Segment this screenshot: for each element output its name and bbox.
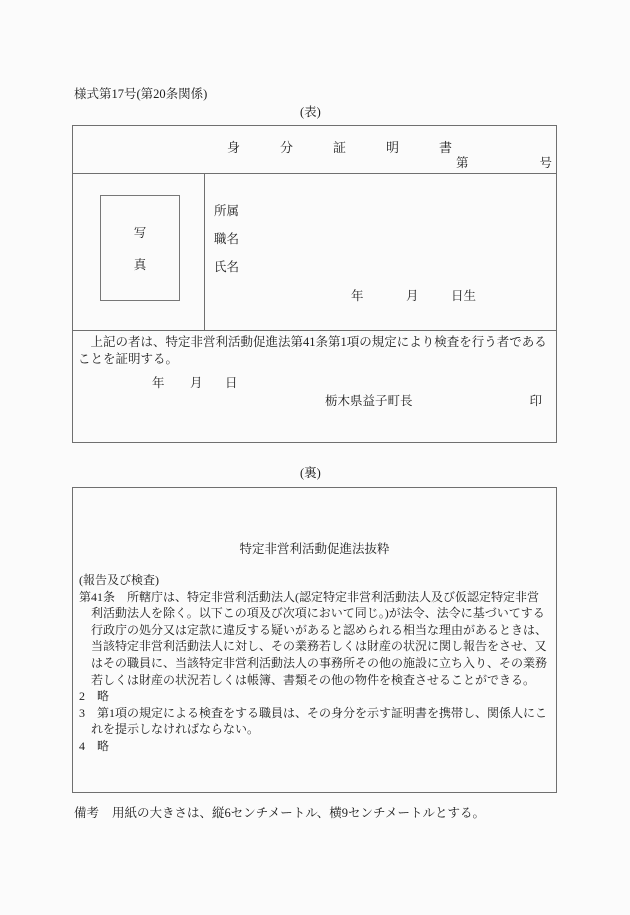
law-article-41-paragraph-4: 4 略 xyxy=(79,738,550,755)
field-label-name: 氏名 xyxy=(214,257,239,275)
fields-cell: 所属 職名 氏名 年 月 日生 xyxy=(205,174,556,330)
front-side-marker: (表) xyxy=(300,102,321,120)
birth-month-label: 月 xyxy=(406,286,419,304)
law-excerpt-body: (報告及び検査) 第41条 所轄庁は、特定非営利活動法人(認定特定非営利活動法人… xyxy=(79,572,550,755)
law-article-41-paragraph-2: 2 略 xyxy=(79,688,550,705)
certificate-detail-row: 写 真 所属 職名 氏名 年 月 日生 xyxy=(73,174,556,331)
back-side-marker: (裏) xyxy=(300,463,321,481)
certificate-front-box: 身分証明書 第 号 写 真 所属 職名 氏名 年 月 日生 上記の者は、特定非営… xyxy=(72,125,557,443)
seal-mark: 印 xyxy=(529,391,542,409)
photo-placeholder: 写 真 xyxy=(100,195,180,301)
law-excerpt-title: 特定非営利活動促進法抜粋 xyxy=(73,539,556,557)
photo-cell: 写 真 xyxy=(73,174,205,330)
issuer-name: 栃木県益子町長 xyxy=(325,391,413,409)
law-section-heading: (報告及び検査) xyxy=(79,572,550,589)
certificate-number-prefix: 第 xyxy=(456,153,469,171)
remarks-text: 用紙の大きさは、縦6センチメートル、横9センチメートルとする。 xyxy=(112,806,485,820)
certificate-back-box: 特定非営利活動促進法抜粋 (報告及び検査) 第41条 所轄庁は、特定非営利活動法… xyxy=(72,487,557,793)
issue-day-label: 日 xyxy=(225,373,238,391)
birth-year-label: 年 xyxy=(351,286,364,304)
certificate-number-suffix: 号 xyxy=(539,153,552,171)
certificate-title: 身分証明書 xyxy=(227,137,492,156)
issue-month-label: 月 xyxy=(190,373,203,391)
form-number-label: 様式第17号(第20条関係) xyxy=(74,84,207,102)
law-article-41-paragraph-1: 第41条 所轄庁は、特定非営利活動法人(認定特定非営利活動法人及び仮認定特定非営… xyxy=(79,589,550,689)
certification-row: 上記の者は、特定非営利活動促進法第41条第1項の規定により検査を行う者であること… xyxy=(73,331,556,442)
certification-statement: 上記の者は、特定非営利活動促進法第41条第1項の規定により検査を行う者であること… xyxy=(78,334,551,368)
law-article-41-paragraph-3: 3 第1項の規定による検査をする職員は、その身分を示す証明書を携帯し、関係人にこ… xyxy=(79,705,550,738)
remarks-label: 備考 xyxy=(74,806,99,820)
certificate-header-row: 身分証明書 第 号 xyxy=(73,126,556,174)
field-label-affiliation: 所属 xyxy=(214,201,239,219)
birth-day-label: 日生 xyxy=(451,286,476,304)
photo-label-char: 写 xyxy=(134,223,147,241)
document-page: 様式第17号(第20条関係) (表) 身分証明書 第 号 写 真 所属 職名 氏… xyxy=(0,0,630,915)
field-label-job-title: 職名 xyxy=(214,229,239,247)
issue-year-label: 年 xyxy=(152,373,165,391)
remarks-line: 備考用紙の大きさは、縦6センチメートル、横9センチメートルとする。 xyxy=(74,803,485,821)
photo-label-char: 真 xyxy=(134,255,147,273)
